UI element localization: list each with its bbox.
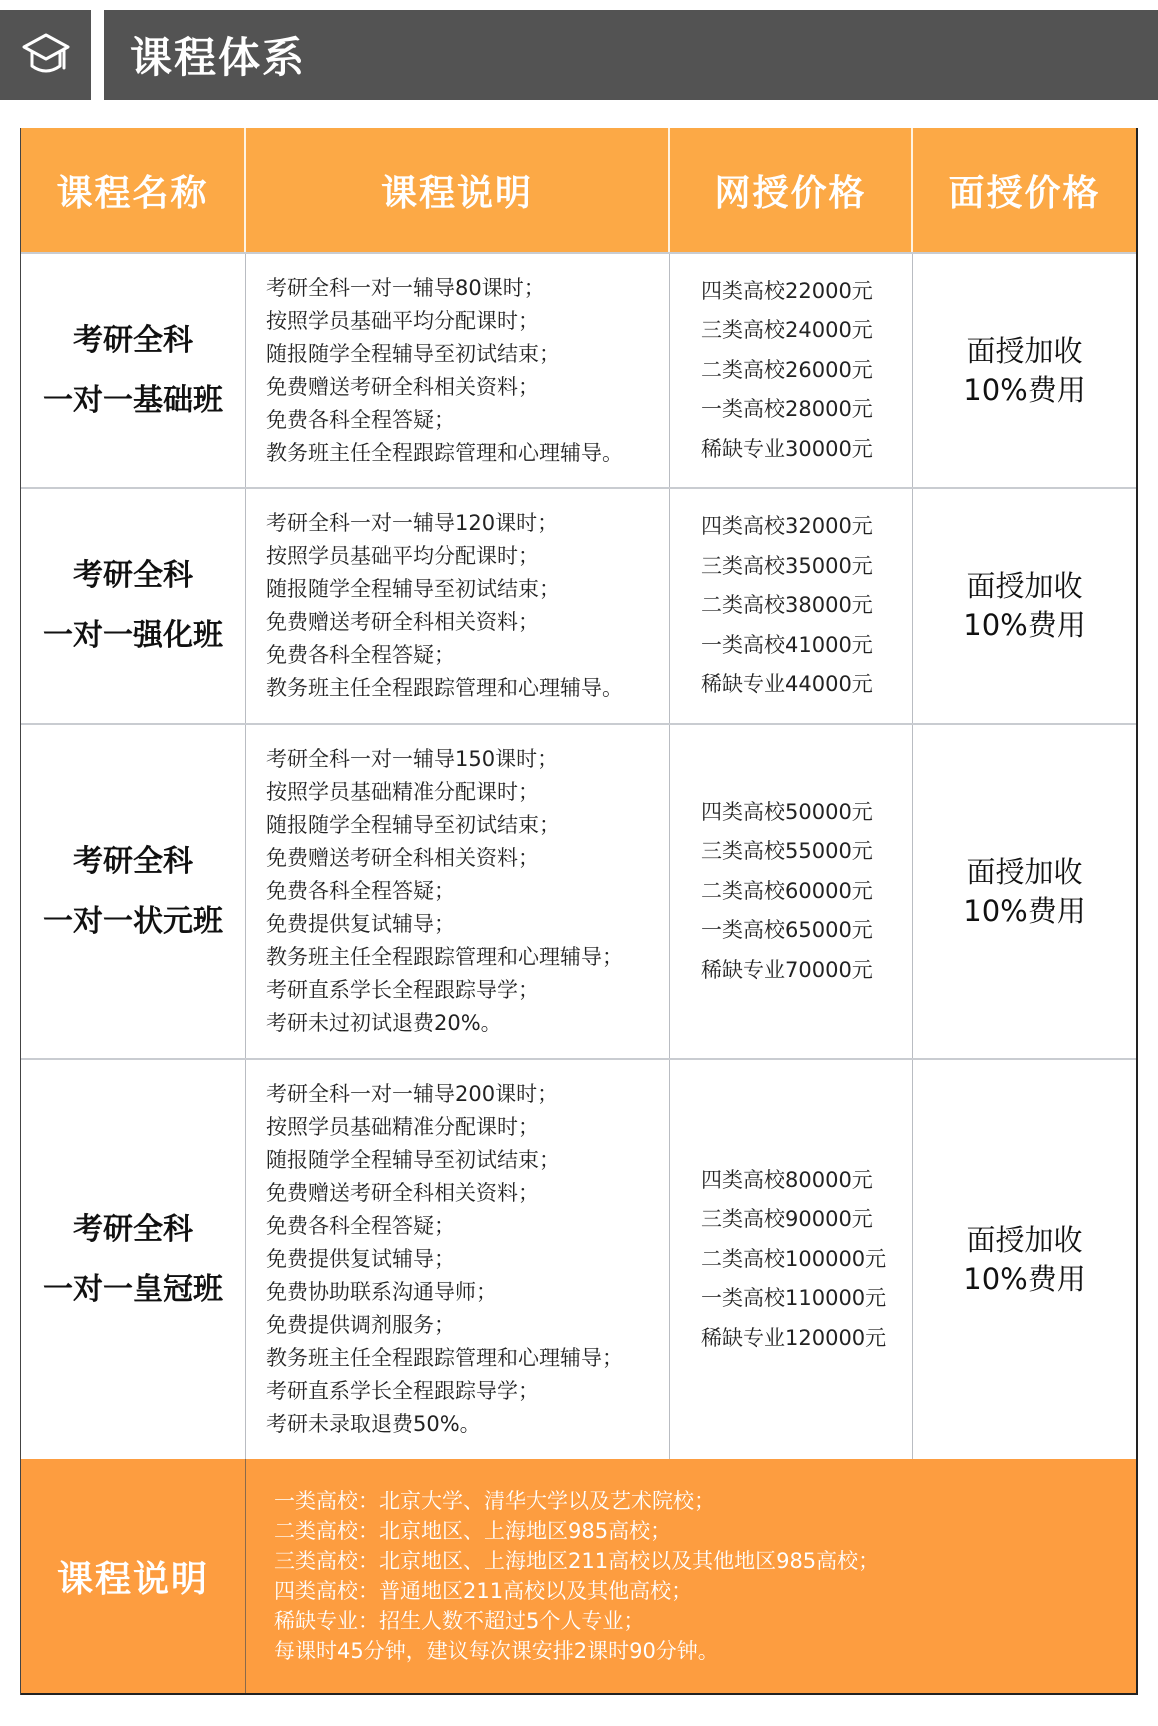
column-header-course-description: 课程说明 [246, 128, 670, 252]
online-price-cell: 四类高校32000元 三类高校35000元 二类高校38000元 一类高校410… [670, 489, 913, 723]
price-line: 四类高校32000元 [701, 507, 873, 547]
price-line: 二类高校100000元 [701, 1240, 886, 1280]
online-price-cell: 四类高校50000元 三类高校55000元 二类高校60000元 一类高校650… [670, 725, 913, 1058]
offline-price-line: 面授加收 [966, 853, 1082, 892]
table-row: 考研全科 一对一强化班 考研全科一对一辅导120课时； 按照学员基础平均分配课时… [21, 487, 1136, 723]
description-line: 考研全科一对一辅导150课时； [266, 743, 669, 776]
course-name-cell: 考研全科 一对一强化班 [21, 489, 246, 723]
offline-price-line: 10%费用 [963, 371, 1085, 410]
title-icon-box [0, 10, 91, 100]
course-table: 课程名称 课程说明 网授价格 面授价格 考研全科 一对一基础班 考研全科一对一辅… [20, 128, 1138, 1695]
offline-price-cell: 面授加收 10%费用 [913, 489, 1136, 723]
course-description-cell: 考研全科一对一辅导150课时； 按照学员基础精准分配课时； 随报随学全程辅导至初… [246, 725, 670, 1058]
column-header-course-name: 课程名称 [21, 128, 246, 252]
price-line: 稀缺专业44000元 [701, 665, 873, 705]
course-name-line: 一对一皇冠班 [43, 1260, 223, 1320]
description-line: 按照学员基础平均分配课时； [266, 305, 669, 338]
table-row: 考研全科 一对一皇冠班 考研全科一对一辅导200课时； 按照学员基础精准分配课时… [21, 1058, 1136, 1459]
course-notes-list: 一类高校：北京大学、清华大学以及艺术院校； 二类高校：北京地区、上海地区985高… [246, 1459, 1136, 1693]
note-line: 稀缺专业：招生人数不超过5个人专业； [274, 1606, 1136, 1636]
offline-price-cell: 面授加收 10%费用 [913, 1060, 1136, 1459]
course-name-line: 考研全科 [73, 311, 193, 371]
price-line: 稀缺专业30000元 [701, 430, 873, 470]
note-line: 一类高校：北京大学、清华大学以及艺术院校； [274, 1486, 1136, 1516]
offline-price-line: 面授加收 [966, 1221, 1082, 1260]
offline-price-line: 面授加收 [966, 567, 1082, 606]
course-name-line: 考研全科 [73, 832, 193, 892]
price-line: 二类高校38000元 [701, 586, 873, 626]
note-line: 三类高校：北京地区、上海地区211高校以及其他地区985高校； [274, 1546, 1136, 1576]
description-line: 免费各科全程答疑； [266, 639, 669, 672]
description-line: 免费赠送考研全科相关资料； [266, 606, 669, 639]
column-header-offline-price: 面授价格 [913, 128, 1136, 252]
section-title-bar: 课程体系 [104, 10, 1158, 100]
description-line: 免费赠送考研全科相关资料； [266, 1177, 669, 1210]
description-line: 免费各科全程答疑； [266, 1210, 669, 1243]
course-notes-footer: 课程说明 一类高校：北京大学、清华大学以及艺术院校； 二类高校：北京地区、上海地… [21, 1459, 1136, 1695]
course-name-cell: 考研全科 一对一基础班 [21, 254, 246, 487]
course-description-cell: 考研全科一对一辅导200课时； 按照学员基础精准分配课时； 随报随学全程辅导至初… [246, 1060, 670, 1459]
course-name-line: 考研全科 [73, 546, 193, 606]
description-line: 随报随学全程辅导至初试结束； [266, 573, 669, 606]
description-line: 考研全科一对一辅导80课时； [266, 272, 669, 305]
course-name-line: 考研全科 [73, 1200, 193, 1260]
course-description-cell: 考研全科一对一辅导120课时； 按照学员基础平均分配课时； 随报随学全程辅导至初… [246, 489, 670, 723]
price-line: 一类高校41000元 [701, 626, 873, 666]
table-header: 课程名称 课程说明 网授价格 面授价格 [21, 128, 1136, 252]
description-line: 考研未录取退费50%。 [266, 1408, 669, 1441]
description-line: 按照学员基础精准分配课时； [266, 1111, 669, 1144]
price-line: 一类高校110000元 [701, 1279, 886, 1319]
course-description-cell: 考研全科一对一辅导80课时； 按照学员基础平均分配课时； 随报随学全程辅导至初试… [246, 254, 670, 487]
description-line: 考研全科一对一辅导200课时； [266, 1078, 669, 1111]
course-notes-label: 课程说明 [21, 1459, 246, 1693]
online-price-cell: 四类高校22000元 三类高校24000元 二类高校26000元 一类高校280… [670, 254, 913, 487]
graduation-cap-icon [21, 32, 71, 78]
price-line: 三类高校35000元 [701, 547, 873, 587]
price-line: 四类高校80000元 [701, 1161, 873, 1201]
description-line: 免费提供调剂服务； [266, 1309, 669, 1342]
note-line: 二类高校：北京地区、上海地区985高校； [274, 1516, 1136, 1546]
column-header-online-price: 网授价格 [670, 128, 913, 252]
price-line: 二类高校60000元 [701, 872, 873, 912]
course-name-cell: 考研全科 一对一状元班 [21, 725, 246, 1058]
price-line: 三类高校90000元 [701, 1200, 873, 1240]
course-name-line: 一对一基础班 [43, 371, 223, 431]
description-line: 教务班主任全程跟踪管理和心理辅导。 [266, 672, 669, 705]
note-line: 四类高校：普通地区211高校以及其他高校； [274, 1576, 1136, 1606]
section-title: 课程体系 [130, 25, 306, 85]
description-line: 免费提供复试辅导； [266, 1243, 669, 1276]
offline-price-line: 10%费用 [963, 892, 1085, 931]
price-line: 一类高校28000元 [701, 390, 873, 430]
description-line: 随报随学全程辅导至初试结束； [266, 809, 669, 842]
description-line: 免费提供复试辅导； [266, 908, 669, 941]
price-line: 三类高校55000元 [701, 832, 873, 872]
description-line: 免费各科全程答疑； [266, 875, 669, 908]
description-line: 按照学员基础精准分配课时； [266, 776, 669, 809]
price-line: 稀缺专业120000元 [701, 1319, 886, 1359]
price-line: 二类高校26000元 [701, 351, 873, 391]
description-line: 免费赠送考研全科相关资料； [266, 842, 669, 875]
offline-price-cell: 面授加收 10%费用 [913, 254, 1136, 487]
description-line: 免费赠送考研全科相关资料； [266, 371, 669, 404]
description-line: 按照学员基础平均分配课时； [266, 540, 669, 573]
course-name-line: 一对一状元班 [43, 892, 223, 952]
description-line: 教务班主任全程跟踪管理和心理辅导。 [266, 437, 669, 470]
description-line: 教务班主任全程跟踪管理和心理辅导； [266, 1342, 669, 1375]
description-line: 随报随学全程辅导至初试结束； [266, 338, 669, 371]
description-line: 随报随学全程辅导至初试结束； [266, 1144, 669, 1177]
description-line: 免费协助联系沟通导师； [266, 1276, 669, 1309]
course-name-line: 一对一强化班 [43, 606, 223, 666]
price-line: 一类高校65000元 [701, 911, 873, 951]
offline-price-line: 10%费用 [963, 1260, 1085, 1299]
description-line: 免费各科全程答疑； [266, 404, 669, 437]
course-name-cell: 考研全科 一对一皇冠班 [21, 1060, 246, 1459]
online-price-cell: 四类高校80000元 三类高校90000元 二类高校100000元 一类高校11… [670, 1060, 913, 1459]
description-line: 考研直系学长全程跟踪导学； [266, 974, 669, 1007]
description-line: 教务班主任全程跟踪管理和心理辅导； [266, 941, 669, 974]
table-row: 考研全科 一对一基础班 考研全科一对一辅导80课时； 按照学员基础平均分配课时；… [21, 252, 1136, 487]
description-line: 考研全科一对一辅导120课时； [266, 507, 669, 540]
table-row: 考研全科 一对一状元班 考研全科一对一辅导150课时； 按照学员基础精准分配课时… [21, 723, 1136, 1058]
price-line: 四类高校50000元 [701, 793, 873, 833]
description-line: 考研未过初试退费20%。 [266, 1007, 669, 1040]
note-line: 每课时45分钟，建议每次课安排2课时90分钟。 [274, 1636, 1136, 1666]
description-line: 考研直系学长全程跟踪导学； [266, 1375, 669, 1408]
price-line: 稀缺专业70000元 [701, 951, 873, 991]
price-line: 四类高校22000元 [701, 272, 873, 312]
offline-price-line: 面授加收 [966, 332, 1082, 371]
offline-price-cell: 面授加收 10%费用 [913, 725, 1136, 1058]
offline-price-line: 10%费用 [963, 606, 1085, 645]
price-line: 三类高校24000元 [701, 311, 873, 351]
